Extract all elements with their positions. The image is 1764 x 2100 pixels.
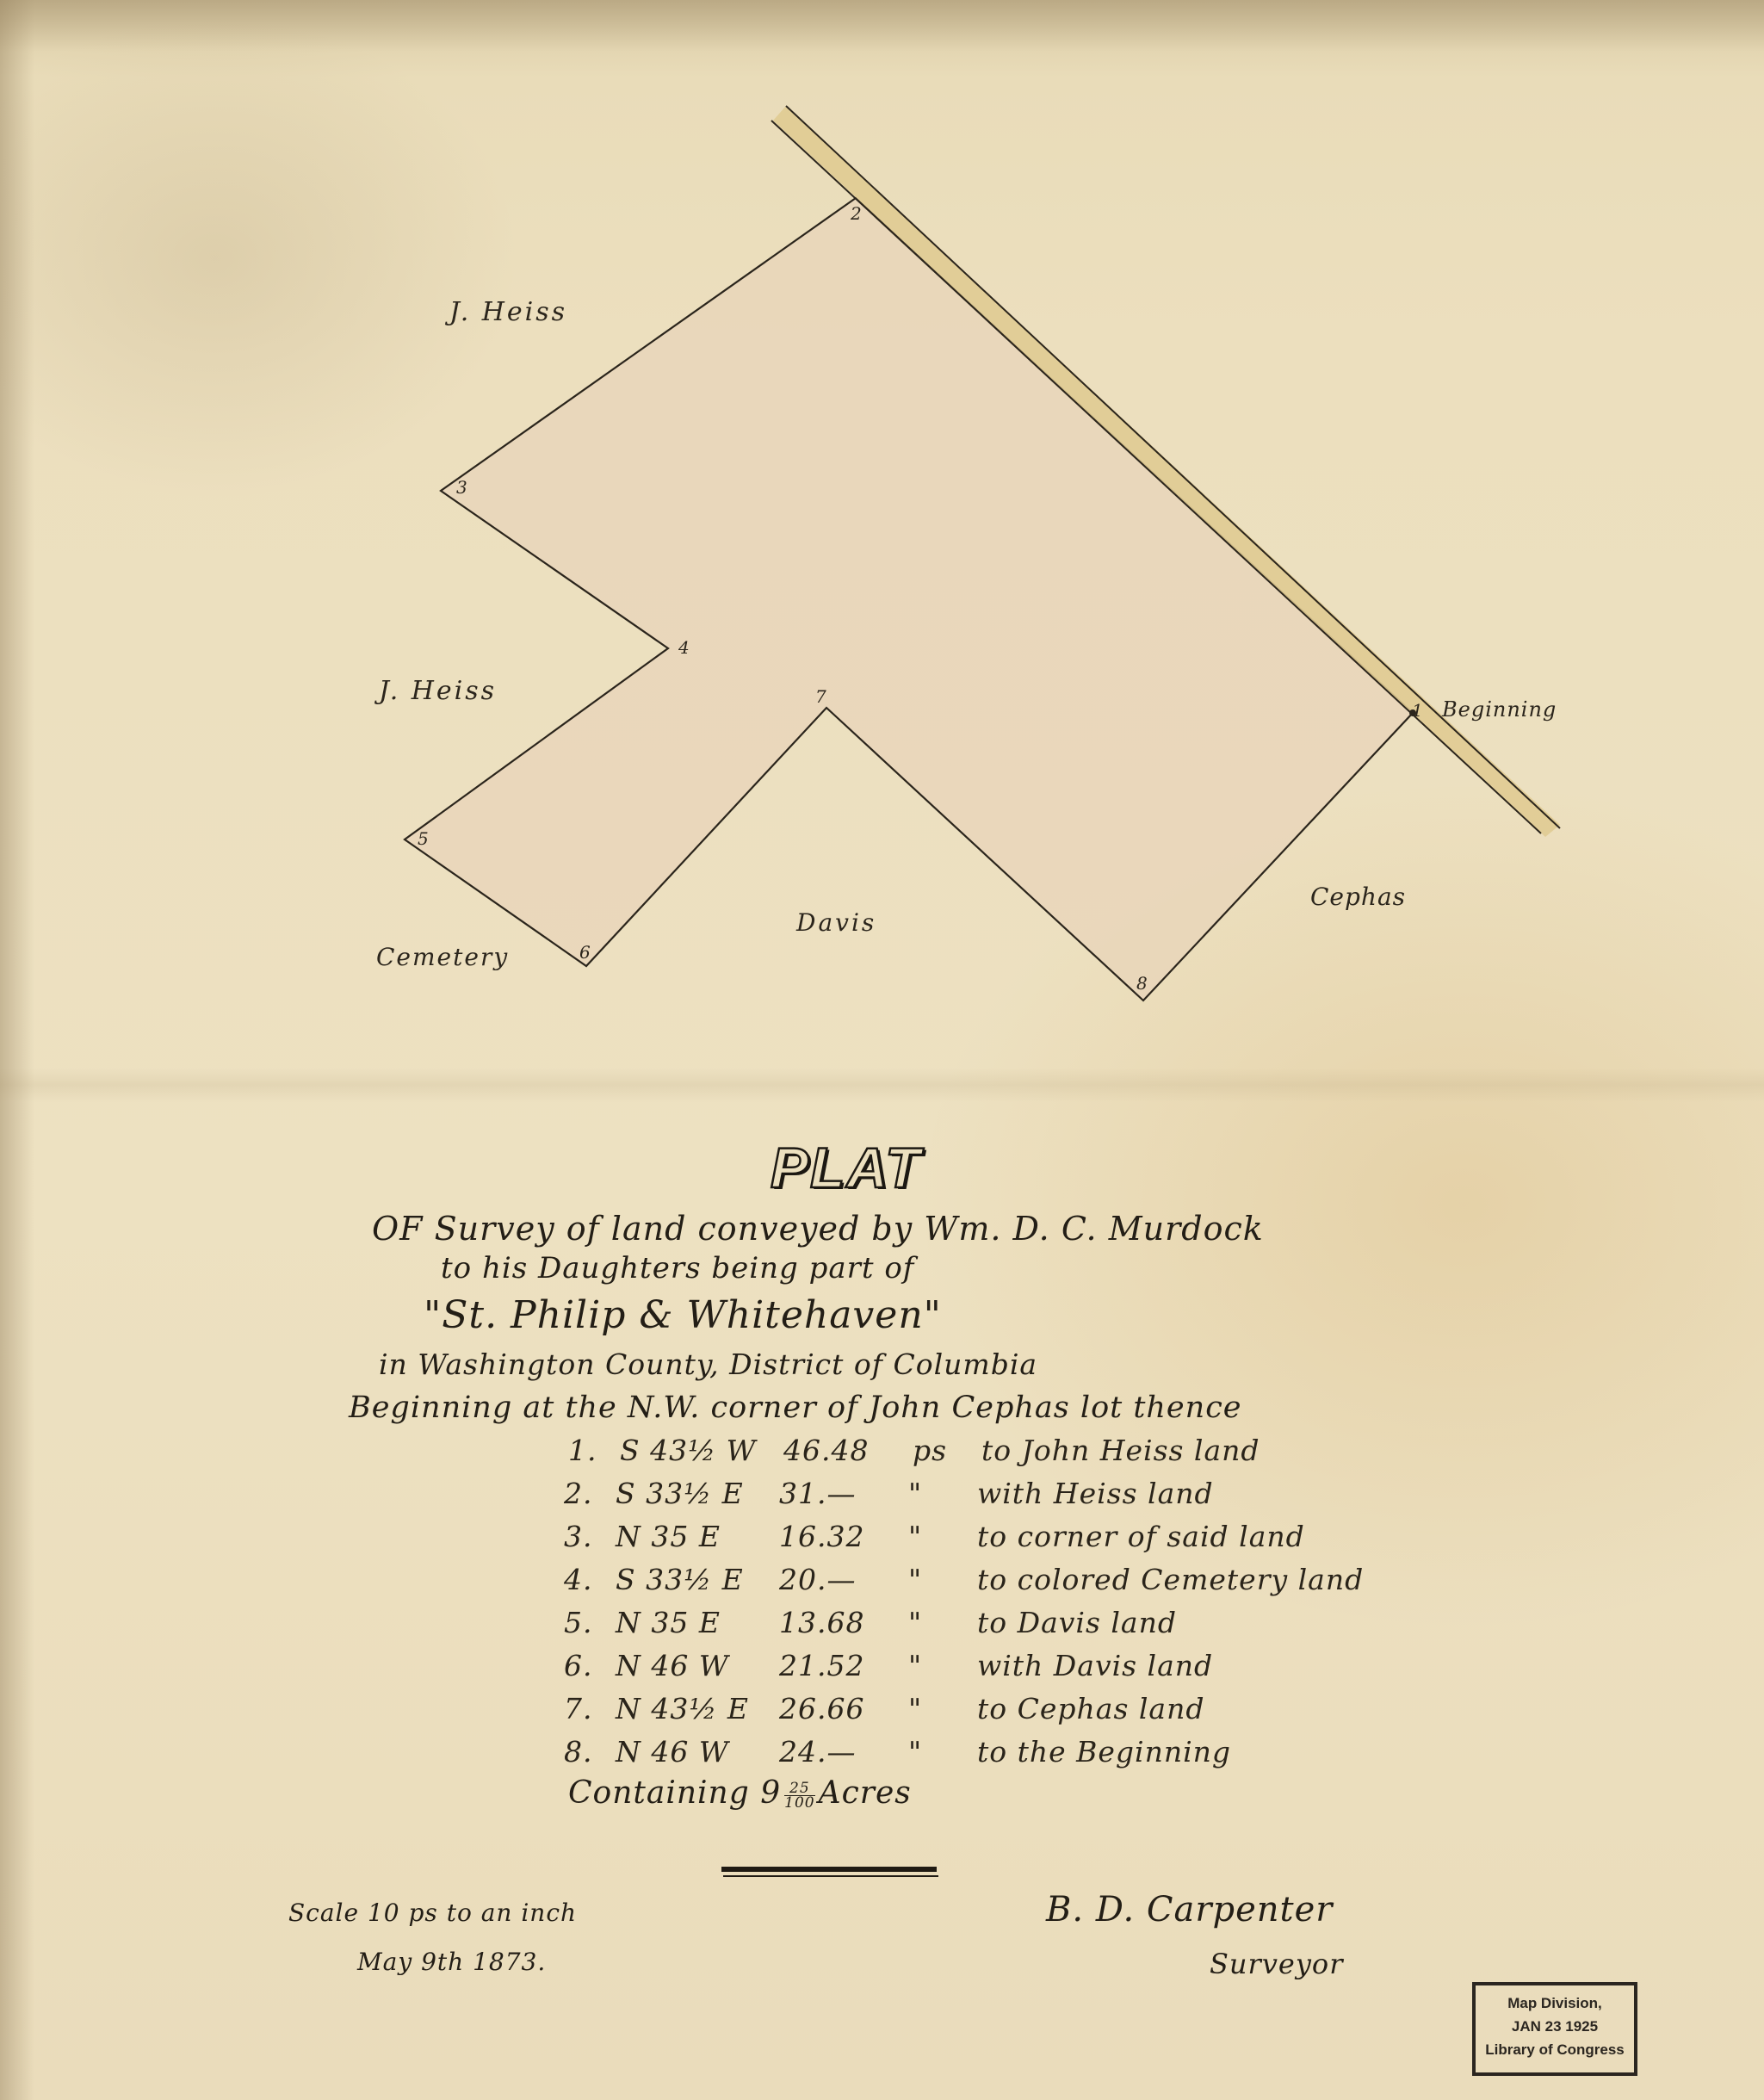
course-number: 7. [564,1692,616,1725]
course-bearing: S 43½ W [620,1434,783,1467]
course-distance: 21.52 [779,1649,908,1682]
course-unit: " [908,1520,977,1553]
stamp-library: Library of Congress [1475,2038,1635,2061]
fraction-denominator: 100 [784,1794,814,1812]
course-unit: " [908,1606,977,1639]
divider-rule-thin [723,1875,938,1877]
course-number: 5. [564,1606,616,1639]
course-description: to corner of said land [977,1520,1305,1553]
vertex-label-4: 4 [678,637,690,658]
stamp-division: Map Division, [1475,1992,1635,2015]
vertex-label-5: 5 [418,828,429,849]
survey-date: May 9th 1873. [357,1948,546,1976]
surveyor-signature: B. D. Carpenter [1046,1890,1333,1930]
course-bearing: S 33½ E [616,1477,779,1510]
course-number: 8. [564,1735,616,1769]
course-number: 4. [564,1563,616,1596]
vertex-label-3: 3 [456,477,467,498]
course-description: to Cephas land [977,1692,1204,1725]
course-unit: " [908,1477,977,1510]
acreage-prefix: Containing 9 [568,1775,781,1811]
course-row: 3.N 35 E16.32"to corner of said land [564,1520,1305,1553]
heading-line-1: OF Survey of land conveyed by Wm. D. C. … [372,1210,1264,1248]
course-distance: 31.— [779,1477,908,1510]
course-row: 8.N 46 W24.—"to the Beginning [564,1735,1231,1769]
vertex-label-8: 8 [1136,973,1148,994]
course-row: 1.S 43½ W46.48psto John Heiss land [568,1434,1260,1467]
divider-rule [721,1867,937,1872]
plat-drawing [0,0,1764,1076]
course-row: 6.N 46 W21.52"with Davis land [564,1649,1213,1682]
course-number: 6. [564,1649,616,1682]
course-bearing: N 46 W [616,1649,779,1682]
course-bearing: N 46 W [616,1735,779,1769]
course-distance: 26.66 [779,1692,908,1725]
course-unit: ps [913,1434,981,1467]
course-unit: " [908,1563,977,1596]
acreage-suffix: Acres [819,1775,912,1811]
course-unit: " [908,1692,977,1725]
scale-note: Scale 10 ps to an inch [288,1899,577,1927]
course-row: 5.N 35 E13.68"to Davis land [564,1606,1177,1639]
stamp-date: JAN 23 1925 [1475,2015,1635,2038]
vertex-label-6: 6 [579,942,591,963]
course-bearing: N 35 E [616,1520,779,1553]
course-distance: 24.— [779,1735,908,1769]
label-cemetery: Cemetery [376,943,509,971]
vertex-label-2: 2 [851,203,862,224]
course-description: to Davis land [977,1606,1177,1639]
acreage-statement: Containing 925100Acres [568,1775,912,1811]
heading-line-3: "St. Philip & Whitehaven" [424,1293,942,1337]
course-number: 1. [568,1434,620,1467]
label-beginning: Beginning [1442,697,1557,722]
heading-line-2: to his Daughters being part of [441,1251,914,1285]
course-description: to John Heiss land [981,1434,1260,1467]
vertex-label-1: 1 [1412,700,1423,721]
course-row: 4.S 33½ E20.—"to colored Cemetery land [564,1563,1364,1596]
course-unit: " [908,1649,977,1682]
acreage-fraction: 25100 [784,1781,814,1810]
course-description: with Davis land [977,1649,1213,1682]
course-distance: 16.32 [779,1520,908,1553]
course-bearing: N 43½ E [616,1692,779,1725]
library-of-congress-stamp: Map Division, JAN 23 1925 Library of Con… [1472,1982,1637,2076]
vertex-label-7: 7 [815,686,826,707]
course-distance: 20.— [779,1563,908,1596]
course-bearing: S 33½ E [616,1563,779,1596]
plat-title: PLAT [771,1135,921,1200]
label-heiss-north: J. Heiss [449,297,567,327]
course-number: 3. [564,1520,616,1553]
course-number: 2. [564,1477,616,1510]
surveyor-title: Surveyor [1210,1948,1343,1980]
heading-line-4: in Washington County, District of Columb… [379,1347,1037,1381]
course-row: 7.N 43½ E26.66"to Cephas land [564,1692,1204,1725]
label-heiss-west: J. Heiss [379,676,497,706]
course-unit: " [908,1735,977,1769]
course-distance: 13.68 [779,1606,908,1639]
course-bearing: N 35 E [616,1606,779,1639]
course-distance: 46.48 [783,1434,913,1467]
course-description: with Heiss land [977,1477,1214,1510]
label-cephas: Cephas [1310,883,1406,911]
label-davis: Davis [796,908,876,937]
course-description: to the Beginning [977,1735,1231,1769]
course-row: 2.S 33½ E31.—"with Heiss land [564,1477,1214,1510]
course-description: to colored Cemetery land [977,1563,1364,1596]
heading-line-5: Beginning at the N.W. corner of John Cep… [349,1391,1242,1425]
